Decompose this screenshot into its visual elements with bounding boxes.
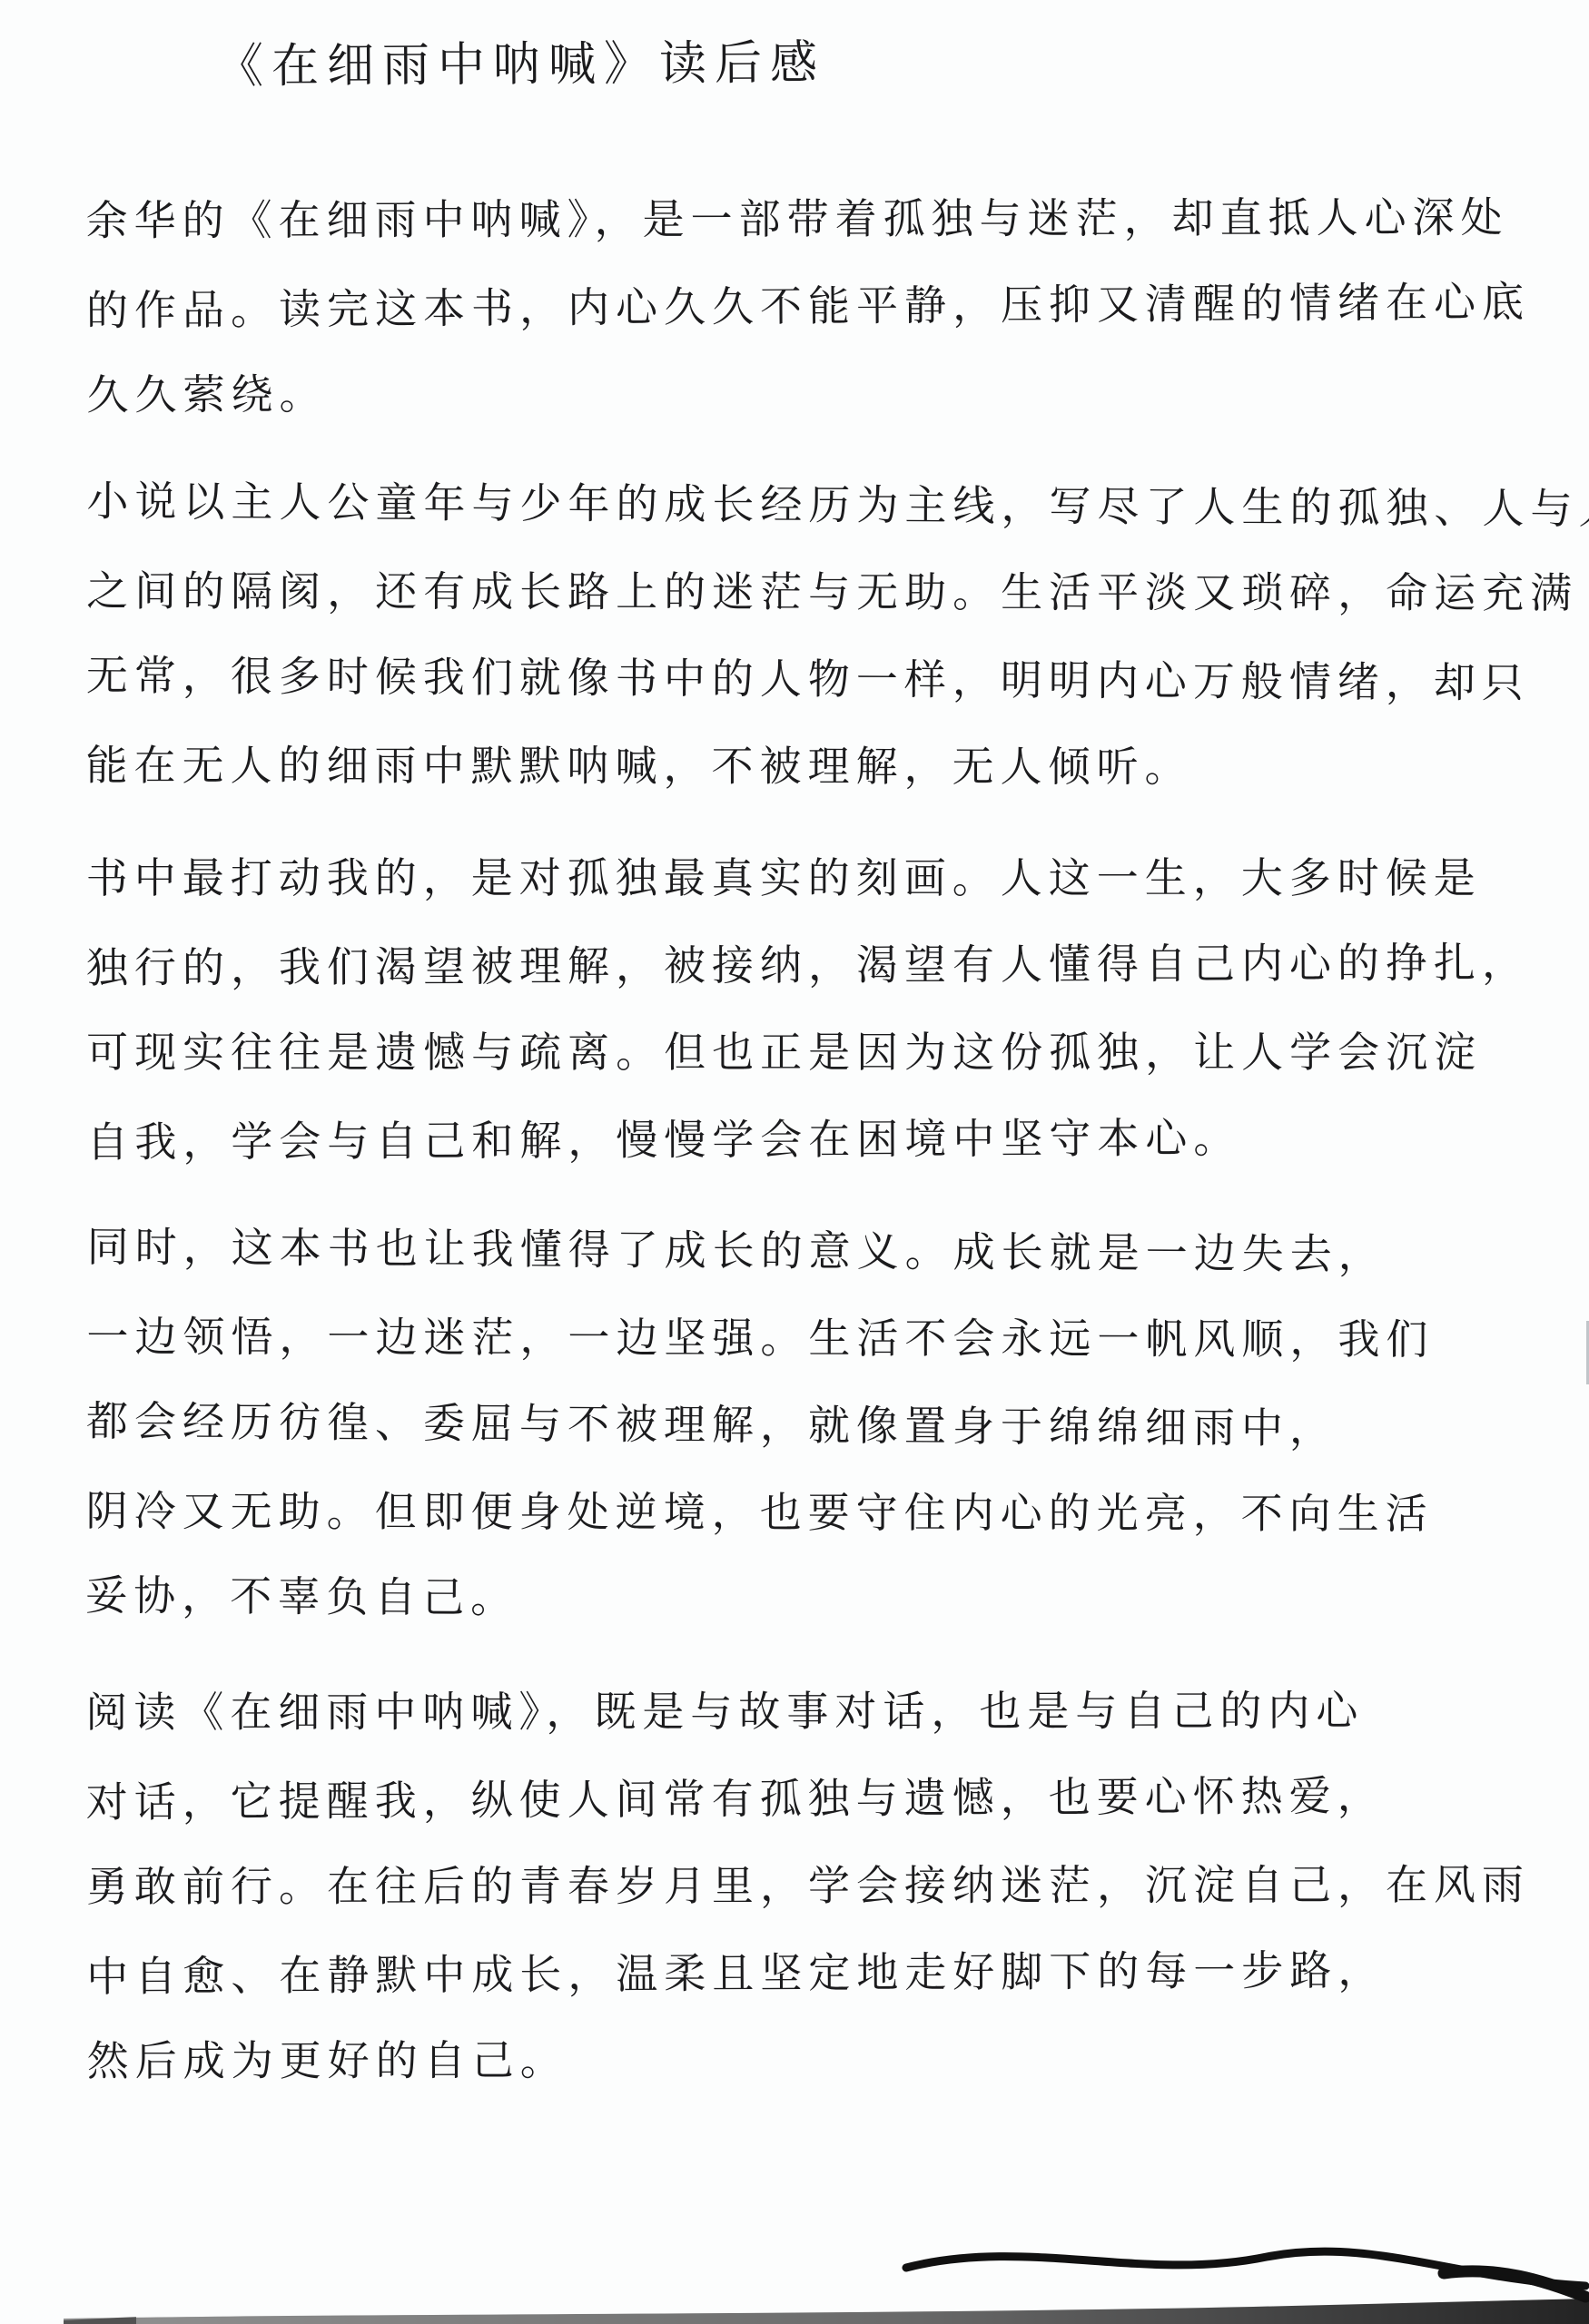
- handwritten-text-line: 都会经历彷徨、委屈与不被理解，就像置身于绵绵细雨中，: [86, 1377, 1563, 1473]
- scan-shadow-bottom-edge: [0, 2293, 1589, 2324]
- handwritten-text-line: 余华的《在细雨中呐喊》，是一部带着孤独与迷茫，却直抵人心深处: [85, 173, 1561, 264]
- handwritten-text-line: 小说以主人公童年与少年的成长经历为主线，写尽了人生的孤独、人与人: [86, 458, 1562, 553]
- handwritten-text-line: 然后成为更好的自己。: [87, 2015, 1563, 2104]
- document-title: 《在细雨中呐喊》读后感: [216, 19, 1589, 95]
- handwritten-text-line: 无常，很多时候我们就像书中的人物一样，明明内心万般情绪，却只: [86, 632, 1562, 727]
- handwritten-text-line: 勇敢前行。在往后的青春岁月里，学会接纳迷茫，沉淀自己，在风雨: [86, 1841, 1562, 1930]
- handwritten-text-line: 对话，它提醒我，纵使人间常有孤独与遗憾，也要心怀热爱，: [85, 1751, 1561, 1846]
- paragraph: 书中最打动我的，是对孤独最真实的刻画。人这一生，大多时候是独行的，我们渴望被理解…: [86, 832, 1563, 1184]
- handwritten-text-line: 中自愈、在静默中成长，温柔且坚定地走好脚下的每一步路，: [86, 1925, 1562, 2021]
- paragraph: 阅读《在细雨中呐喊》，既是与故事对话，也是与自己的内心对话，它提醒我，纵使人间常…: [85, 1665, 1563, 2106]
- paragraph: 小说以主人公童年与少年的成长经历为主线，写尽了人生的孤独、人与人之间的隔阂，还有…: [85, 458, 1562, 812]
- handwritten-text-line: 之间的隔阂，还有成长路上的迷茫与无助。生活平淡又琐碎，命运充满: [86, 547, 1562, 636]
- handwritten-text-line: 阅读《在细雨中呐喊》，既是与故事对话，也是与自己的内心: [85, 1667, 1561, 1756]
- handwritten-text-line: 可现实往往是遗憾与疏离。但也正是因为这份孤独，让人学会沉淀: [86, 1009, 1562, 1096]
- document-body: 余华的《在细雨中呐喊》，是一部带着孤独与迷茫，却直抵人心深处的作品。读完这本书，…: [86, 175, 1562, 2103]
- handwritten-text-line: 自我，学会与自己和解，慢慢学会在困境中坚守本心。: [86, 1093, 1562, 1186]
- handwritten-page: 《在细雨中呐喊》读后感 余华的《在细雨中呐喊》，是一部带着孤独与迷茫，却直抵人心…: [0, 0, 1589, 2324]
- handwritten-text-line: 能在无人的细雨中默默呐喊，不被理解，无人倾听。: [85, 722, 1561, 811]
- handwritten-text-line: 一边领悟，一边迷茫，一边坚强。生活不会永远一帆风顺，我们: [86, 1293, 1562, 1383]
- handwritten-text-line: 同时，这本书也让我懂得了成长的意义。成长就是一边失去，: [86, 1203, 1563, 1299]
- paragraph: 同时，这本书也让我懂得了成长的意义。成长就是一边失去，一边领悟，一边迷茫，一边坚…: [85, 1205, 1563, 1646]
- handwritten-text-line: 书中最打动我的，是对孤独最真实的刻画。人这一生，大多时候是: [86, 834, 1562, 921]
- handwritten-text-line: 妥协，不辜负自己。: [85, 1551, 1562, 1648]
- handwritten-text-line: 的作品。读完这本书，内心久久不能平静，压抑又清醒的情绪在心底: [86, 258, 1563, 354]
- paragraph: 余华的《在细雨中呐喊》，是一部带着孤独与迷茫，却直抵人心深处的作品。读完这本书，…: [85, 172, 1562, 439]
- handwritten-text-line: 独行的，我们渴望被理解，被接纳，渴望有人懂得自己内心的挣扎，: [86, 919, 1562, 1011]
- handwritten-text-line: 阴冷又无助。但即便身处逆境，也要守住内心的光亮，不向生活: [86, 1467, 1562, 1557]
- handwritten-text-line: 久久萦绕。: [86, 348, 1562, 438]
